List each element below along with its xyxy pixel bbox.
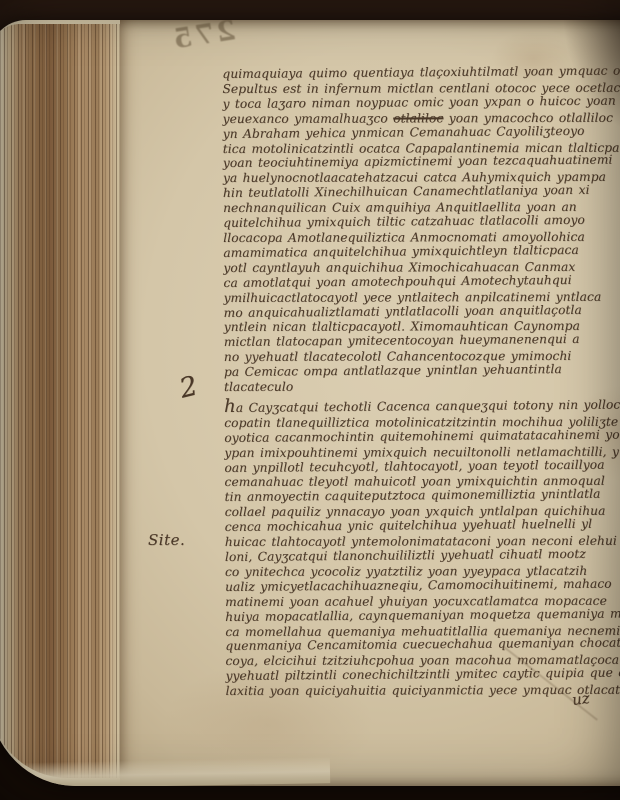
line-segment: yeuexanco ymamalhuaʒco — [223, 111, 394, 126]
manuscript-line: yn Abraham yehica ynmican Cemanahuac Cay… — [223, 123, 605, 141]
manuscript-line: ualiz ymicyetlacachihuazneqiu, Camomocih… — [225, 576, 607, 594]
manuscript-line: hin teutlatolli Xinechilhuican Canamecht… — [223, 183, 605, 201]
manuscript-line: loni, Cayʒcatqui tlanonchuililiztli yyeh… — [225, 547, 607, 565]
manuscript-line: ca amotlatqui yoan amotechpouhqui Amotec… — [223, 272, 605, 290]
bottom-page-edges — [0, 757, 330, 786]
manuscript-paragraph: quimaquiaya quimo quentiaya tlaçoxiuhtil… — [222, 65, 606, 395]
manuscript-photo: 275 2 Site. quimaquiaya quimo quentiaya … — [0, 0, 620, 800]
manuscript-line: oan ynpillotl tecuhcyotl, tlahtocayotl, … — [224, 457, 606, 475]
manuscript-line: quimaquiaya quimo quentiaya tlaçoxiuhtil… — [222, 64, 604, 82]
margin-note: Site. — [148, 531, 185, 549]
manuscript-line: oyotica cacanmochintin quitemohinemi qui… — [224, 427, 606, 445]
manuscript-line: amamimatica anquitelchihua ymixquichtley… — [223, 243, 605, 261]
struck-word: otlaliloc — [393, 111, 443, 125]
page-fore-edge — [0, 24, 126, 778]
manuscript-line: ha Cayʒcatqui techotli Cacenca canqueʒqu… — [224, 397, 606, 416]
manuscript-paragraph: ha Cayʒcatqui techotli Cacenca canqueʒqu… — [224, 398, 608, 699]
manuscript-line: y toca laʒaro niman noypuac omic yoan yx… — [222, 93, 604, 111]
manuscript-line: quitelchihua ymixquich tiltic catzahuac … — [223, 213, 605, 231]
manuscript-line: tin anmoyectin caquiteputztoca quimonemi… — [225, 487, 607, 505]
manuscript-line: quenmaniya Cencamitomia cuecuechahua que… — [225, 636, 607, 654]
manuscript-line: mictlan tlatocapan ymitecentocoyan hueym… — [224, 332, 606, 350]
manuscript-text-block: quimaquiaya quimo quentiaya tlaçoxiuhtil… — [222, 65, 607, 699]
manuscript-line: laxitia yoan quiciyahuitia quiciyanmicti… — [226, 683, 608, 699]
manuscript-line: huiya mopacatlallia, caynquemaniyan moqu… — [225, 606, 607, 624]
book: 275 2 Site. quimaquiaya quimo quentiaya … — [0, 20, 620, 786]
manuscript-line: pa Cemicac ompa antlatlazque ynintlan ye… — [224, 362, 606, 380]
manuscript-line: mo anquicahualiztlamati yntlatlacolli yo… — [224, 302, 606, 320]
manuscript-line: yoan teociuhtinemiya apizmictinemi yoan … — [223, 153, 605, 171]
manuscript-line: cenca mochicahua ynic quitelchihua yyehu… — [225, 517, 607, 535]
manuscript-line: tlacateculo — [224, 379, 606, 395]
